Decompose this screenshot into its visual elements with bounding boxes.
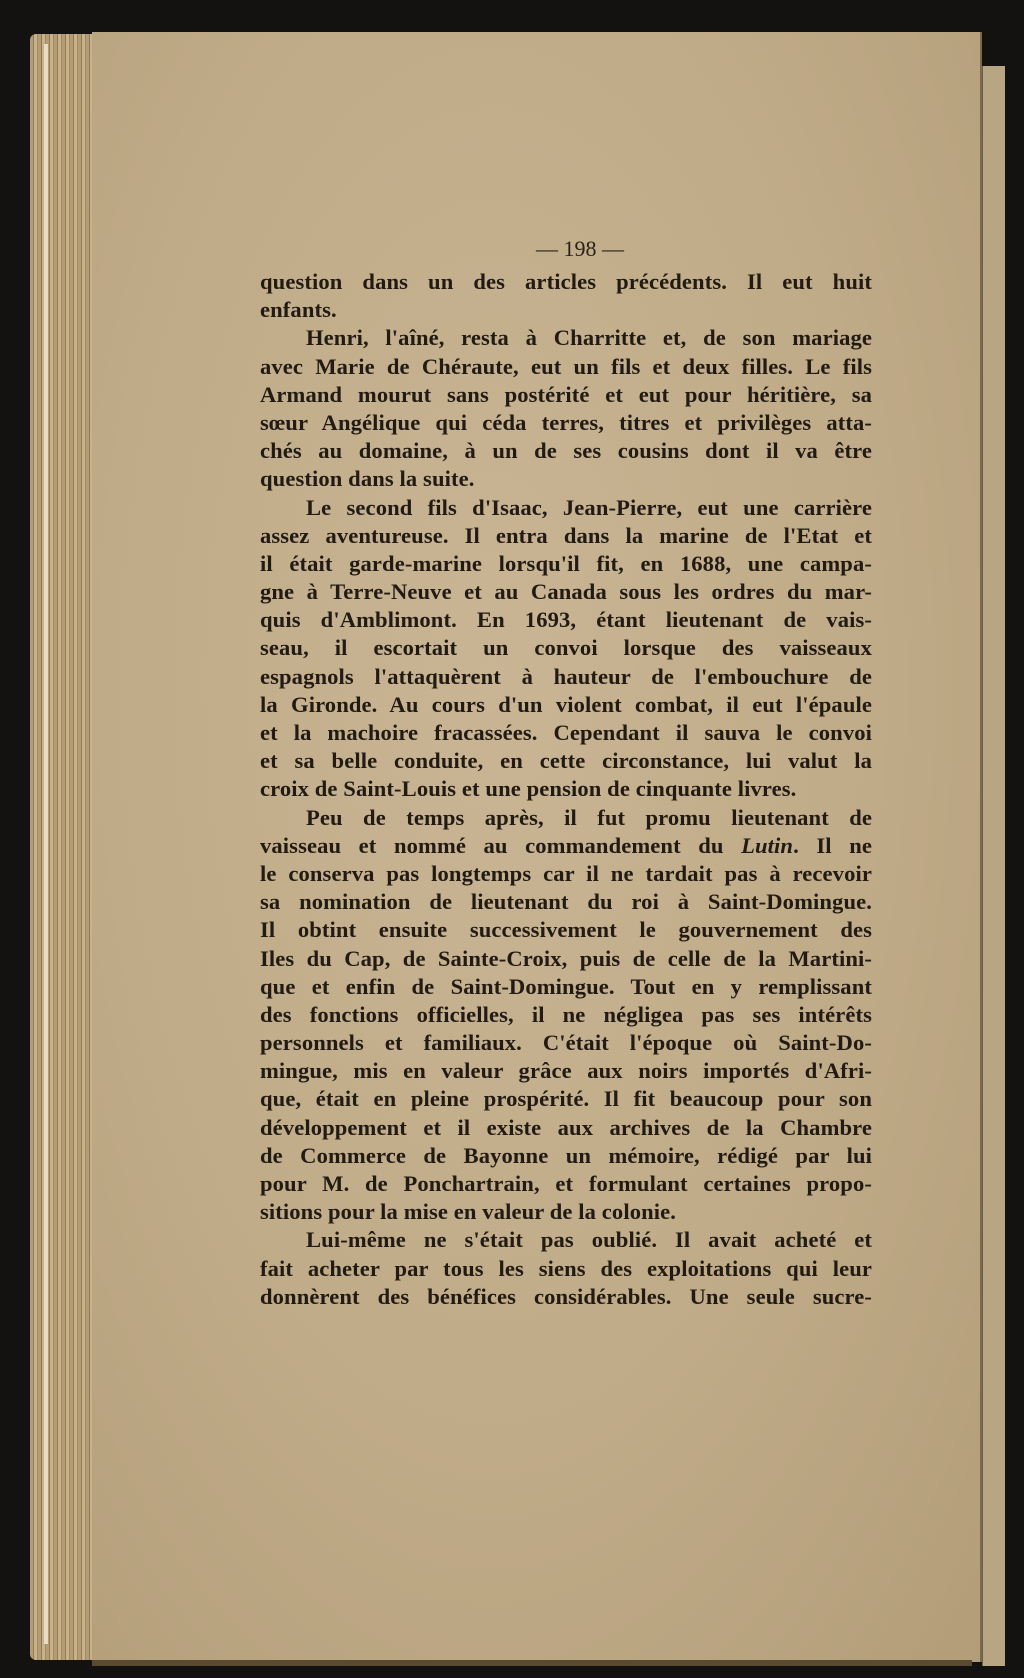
- text-line: quis d'Amblimont. En 1693, étant lieuten…: [260, 606, 872, 634]
- text-line: pour M. de Ponchartrain, et formulant ce…: [260, 1170, 872, 1198]
- text-line: et sa belle conduite, en cette circonsta…: [260, 747, 872, 775]
- text-line: question dans un des articles précédents…: [260, 268, 872, 296]
- text-line: Peu de temps après, il fut promu lieuten…: [260, 804, 872, 832]
- page-bottom-edge: [92, 1660, 972, 1666]
- paragraph: question dans un des articles précédents…: [260, 268, 872, 324]
- text-line: sa nomination de lieutenant du roi à Sai…: [260, 888, 872, 916]
- text-line: gne à Terre-Neuve et au Canada sous les …: [260, 578, 872, 606]
- text-line: vaisseau et nommé au commandement du Lut…: [260, 832, 872, 860]
- text-line: sitions pour la mise en valeur de la col…: [260, 1198, 872, 1226]
- paragraph: Henri, l'aîné, resta à Charritte et, de …: [260, 324, 872, 493]
- page-number: — 198 —: [520, 236, 640, 262]
- text-line: seau, il escortait un convoi lorsque des…: [260, 634, 872, 662]
- adjacent-page-edge: [982, 66, 1005, 1666]
- body-text: question dans un des articles précédents…: [260, 268, 872, 1311]
- paragraph: Lui-même ne s'était pas oublié. Il avait…: [260, 1226, 872, 1311]
- text-line: Le second fils d'Isaac, Jean-Pierre, eut…: [260, 494, 872, 522]
- text-line: il était garde-marine lorsqu'il fit, en …: [260, 550, 872, 578]
- text-line: le conserva pas longtemps car il ne tard…: [260, 860, 872, 888]
- text-line: personnels et familiaux. C'était l'époqu…: [260, 1029, 872, 1057]
- paragraph: Peu de temps après, il fut promu lieuten…: [260, 804, 872, 1227]
- text-line: fait acheter par tous les siens des expl…: [260, 1255, 872, 1283]
- text-line: des fonctions officielles, il ne néglige…: [260, 1001, 872, 1029]
- text-line: croix de Saint-Louis et une pension de c…: [260, 775, 872, 803]
- page-edge-highlight: [44, 44, 48, 1644]
- text-line: assez aventureuse. Il entra dans la mari…: [260, 522, 872, 550]
- text-line: Iles du Cap, de Sainte-Croix, puis de ce…: [260, 945, 872, 973]
- text-line: Il obtint ensuite successivement le gouv…: [260, 916, 872, 944]
- text-line: Henri, l'aîné, resta à Charritte et, de …: [260, 324, 872, 352]
- text-line: enfants.: [260, 296, 872, 324]
- text-line: question dans la suite.: [260, 465, 872, 493]
- text-line: donnèrent des bénéfices considérables. U…: [260, 1283, 872, 1311]
- text-line: sœur Angélique qui céda terres, titres e…: [260, 409, 872, 437]
- text-line: et la machoire fracassées. Cependant il …: [260, 719, 872, 747]
- text-line: que, était en pleine prospérité. Il fit …: [260, 1085, 872, 1113]
- paragraph: Le second fils d'Isaac, Jean-Pierre, eut…: [260, 494, 872, 804]
- text-line: la Gironde. Au cours d'un violent combat…: [260, 691, 872, 719]
- text-line: chés au domaine, à un de ses cousins don…: [260, 437, 872, 465]
- page-edges: [30, 34, 92, 1660]
- text-line: avec Marie de Chéraute, eut un fils et d…: [260, 353, 872, 381]
- text-line: mingue, mis en valeur grâce aux noirs im…: [260, 1057, 872, 1085]
- text-line: de Commerce de Bayonne un mémoire, rédig…: [260, 1142, 872, 1170]
- text-line: que et enfin de Saint-Domingue. Tout en …: [260, 973, 872, 1001]
- text-line: développement et il existe aux archives …: [260, 1114, 872, 1142]
- text-line: Lui-même ne s'était pas oublié. Il avait…: [260, 1226, 872, 1254]
- text-line: espagnols l'attaquèrent à hauteur de l'e…: [260, 663, 872, 691]
- text-line: Armand mourut sans postérité et eut pour…: [260, 381, 872, 409]
